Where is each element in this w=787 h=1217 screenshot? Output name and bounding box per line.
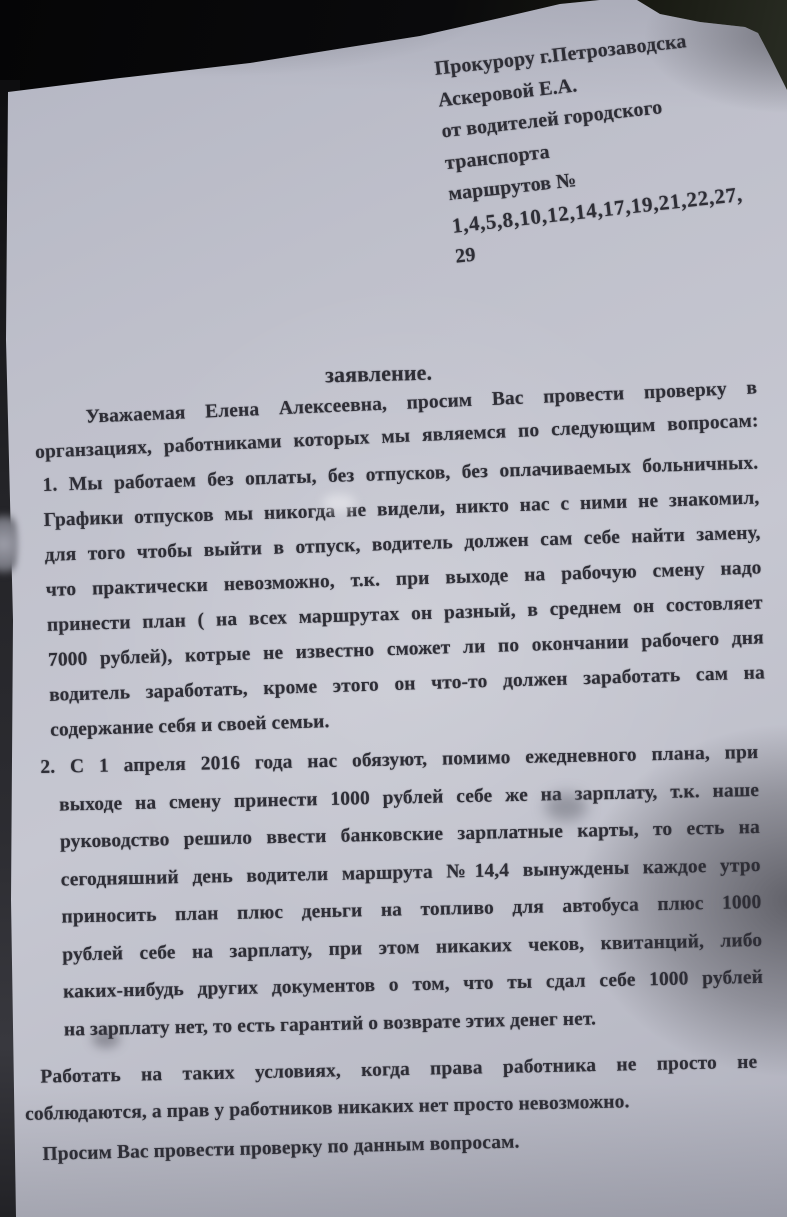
ink-smudge [545,793,587,821]
paper-correction-spot [322,494,356,512]
document-paper: Прокурору г.Петрозаводска Аскеровой Е.А.… [0,0,787,1217]
complaint-item-2: 2. С 1 апреля 2016 года нас обязуют, пом… [40,734,764,1049]
complaint-item-1: 1. Мы работаем без оплаты, без отпусков,… [42,446,766,748]
ink-smudge [92,1030,120,1048]
photo-background: Прокурору г.Петрозаводска Аскеровой Е.А.… [0,0,787,1217]
recipient-block: Прокурору г.Петрозаводска Аскеровой Е.А.… [433,19,775,273]
document-title: заявление. [325,360,433,389]
